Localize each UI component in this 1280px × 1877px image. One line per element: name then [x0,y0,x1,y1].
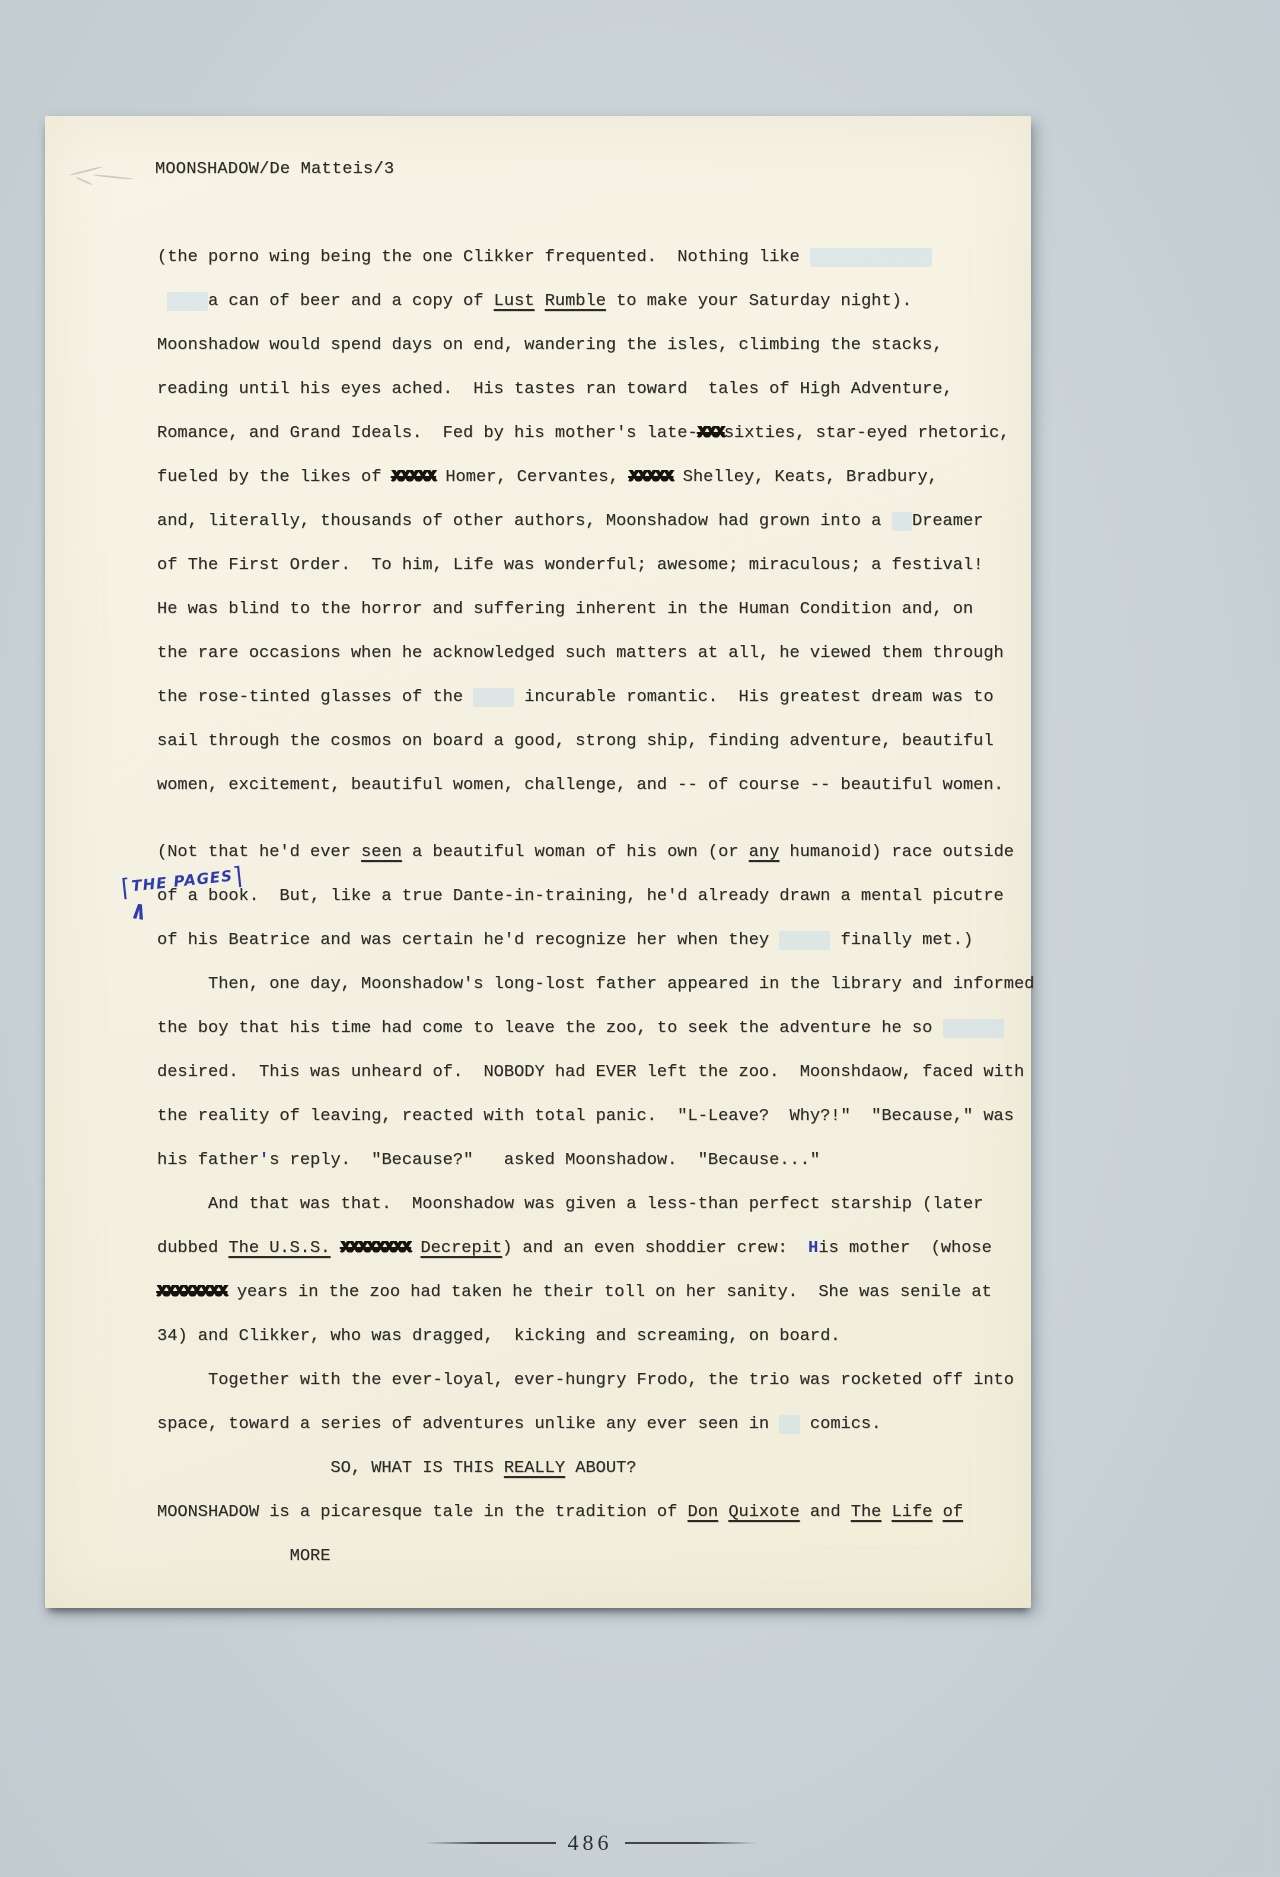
typed-text: the boy that his time had come to leave … [157,1019,943,1038]
typed-lines: (the porno wing being the one Clikker fr… [157,236,1015,1579]
typed-text: women, excitement, beautiful women, chal… [157,776,1004,795]
typed-text [330,1239,340,1258]
typed-line: (Not that he'd ever seen a beautiful wom… [157,831,1015,875]
typed-text: Homer, Cervantes, [435,468,629,487]
typed-text: SO, WHAT IS THIS [157,1459,504,1478]
typed-text: sail through the cosmos on board a good,… [157,732,994,751]
typed-text: desired. This was unheard of. NOBODY had… [157,1063,1024,1082]
typed-line: space, toward a series of adventures unl… [157,1403,1015,1447]
whiteout-patch [167,292,208,311]
typed-text: REALLY [504,1459,565,1478]
whiteout-patch [779,1415,799,1434]
typewritten-page: MOONSHADOW/De Matteis/3 (the porno wing … [45,116,1031,1608]
typed-strikeout: XXX [698,424,724,443]
typed-text: to make your Saturday night). [606,292,912,311]
typed-text: MORE [157,1547,330,1566]
typed-text: the rose-tinted glasses of the [157,688,473,707]
pencil-scribble-mark [67,162,153,188]
typed-text: The U.S.S. [228,1239,330,1258]
typed-text: comics. [800,1415,882,1434]
typed-line: of The First Order. To him, Life was won… [157,544,1015,588]
typed-text [932,1503,942,1522]
footer-rule-right [625,1842,757,1844]
typed-strikeout: XXXXX [392,468,436,487]
typed-line: He was blind to the horror and suffering… [157,588,1015,632]
typed-text: years in the zoo had taken he their toll… [227,1283,992,1302]
typed-text: any [749,843,780,862]
typed-text: humanoid) race outside [779,843,1014,862]
typed-text [718,1503,728,1522]
typed-text [534,292,544,311]
typed-line: And that was that. Moonshadow was given … [157,1183,1015,1227]
whiteout-patch [892,512,912,531]
typed-text: seen [361,843,402,862]
insertion-caret-mark: ∧ [129,893,149,926]
typed-text: space, toward a series of adventures unl… [157,1415,779,1434]
typed-line: of his Beatrice and was certain he'd rec… [157,919,1015,963]
footer-rule-left [424,1842,556,1844]
typed-line: desired. This was unheard of. NOBODY had… [157,1051,1015,1095]
typed-line: Together with the ever-loyal, ever-hungr… [157,1359,1015,1403]
typed-text [881,1503,891,1522]
typed-line: SO, WHAT IS THIS REALLY ABOUT? [157,1447,1015,1491]
typed-strikeout: XXXXX [629,468,673,487]
typed-text: He was blind to the horror and suffering… [157,600,973,619]
typed-text [410,1239,420,1258]
typed-text: and [800,1503,851,1522]
typed-line: (the porno wing being the one Clikker fr… [157,236,1015,280]
typed-strikeout: XXXXXXXX [157,1283,227,1302]
typed-line: dubbed The U.S.S. XXXXXXXX Decrepit) and… [157,1227,1015,1271]
typed-line: XXXXXXXX years in the zoo had taken he t… [157,1271,1015,1315]
whiteout-patch [473,688,514,707]
typed-text: finally met.) [830,931,973,950]
typed-text: and, literally, thousands of other autho… [157,512,892,531]
typed-text: H [808,1239,818,1258]
typed-text: Shelley, Keats, Bradbury, [673,468,938,487]
typed-line: women, excitement, beautiful women, chal… [157,764,1015,808]
typed-text: dubbed [157,1239,228,1258]
typed-text: the reality of leaving, reacted with tot… [157,1107,1014,1126]
typed-text: ABOUT? [565,1459,636,1478]
typed-text: Rumble [545,292,606,311]
book-page-footer: 486 [0,1830,1230,1856]
typed-text: 34) and Clikker, who was dragged, kickin… [157,1327,841,1346]
typed-line: fueled by the likes of XXXXX Homer, Cerv… [157,456,1015,500]
typed-line: Romance, and Grand Ideals. Fed by his mo… [157,412,1015,456]
typed-text: Life [892,1503,933,1522]
typed-line: the rose-tinted glasses of the incurable… [157,676,1015,720]
typed-text: incurable romantic. His greatest dream w… [514,688,993,707]
typed-line: the boy that his time had come to leave … [157,1007,1015,1051]
typed-text: reading until his eyes ached. His tastes… [157,380,953,399]
typed-line: 34) and Clikker, who was dragged, kickin… [157,1315,1015,1359]
typed-line: his father's reply. "Because?" asked Moo… [157,1139,1015,1183]
typed-text: MOONSHADOW is a picaresque tale in the t… [157,1503,688,1522]
annotation-text: THE PAGES [131,867,234,896]
typed-text: of his Beatrice and was certain he'd rec… [157,931,779,950]
typed-line: MOONSHADOW is a picaresque tale in the t… [157,1491,1015,1535]
typed-text: Don [688,1503,719,1522]
typed-text: the rare occasions when he acknowledged … [157,644,1004,663]
typed-line: of a book. But, like a true Dante-in-tra… [157,875,1015,919]
typed-line: sail through the cosmos on board a good,… [157,720,1015,764]
typed-line: the reality of leaving, reacted with tot… [157,1095,1015,1139]
whiteout-patch [943,1019,1004,1038]
typed-text: of [943,1503,963,1522]
typed-text: a can of beer and a copy of [208,292,494,311]
typed-line: the rare occasions when he acknowledged … [157,632,1015,676]
typed-text: Then, one day, Moonshadow's long-lost fa… [157,975,1034,994]
page-number: 486 [568,1830,613,1856]
typed-line: and, literally, thousands of other autho… [157,500,1015,544]
typed-line: a can of beer and a copy of Lust Rumble … [157,280,1015,324]
typed-text: Together with the ever-loyal, ever-hungr… [157,1371,1014,1390]
whiteout-patch [810,248,932,267]
typed-text: The [851,1503,882,1522]
whiteout-patch [779,931,830,950]
typed-line: Then, one day, Moonshadow's long-lost fa… [157,963,1015,1007]
typed-text: ) and an even shoddier crew: [502,1239,808,1258]
typed-text: And that was that. Moonshadow was given … [157,1195,983,1214]
typed-text: s reply. "Because?" asked Moonshadow. "B… [269,1151,820,1170]
typed-text: of a book. But, like a true Dante-in-tra… [157,887,1004,906]
typed-text: his father [157,1151,259,1170]
typed-text: ' [259,1151,269,1170]
typed-text: fueled by the likes of [157,468,392,487]
typed-text [157,292,167,311]
page-header: MOONSHADOW/De Matteis/3 [155,160,394,179]
typed-line: reading until his eyes ached. His tastes… [157,368,1015,412]
typed-text: of The First Order. To him, Life was won… [157,556,983,575]
typed-text: Dreamer [912,512,983,531]
typed-text: Romance, and Grand Ideals. Fed by his mo… [157,424,698,443]
typed-strikeout: XXXXXXXX [341,1239,411,1258]
typed-text: (Not that he'd ever [157,843,361,862]
typed-line: Moonshadow would spend days on end, wand… [157,324,1015,368]
typed-text: Lust [494,292,535,311]
typed-text: Moonshadow would spend days on end, wand… [157,336,943,355]
typed-line: MORE [157,1535,1015,1579]
typed-text: Quixote [728,1503,799,1522]
typed-text: is mother (whose [818,1239,991,1258]
typed-text: Decrepit [420,1239,502,1258]
typed-text: (the porno wing being the one Clikker fr… [157,248,810,267]
typed-text: a beautiful woman of his own (or [402,843,749,862]
typed-text: sixties, star-eyed rhetoric, [724,424,1010,443]
